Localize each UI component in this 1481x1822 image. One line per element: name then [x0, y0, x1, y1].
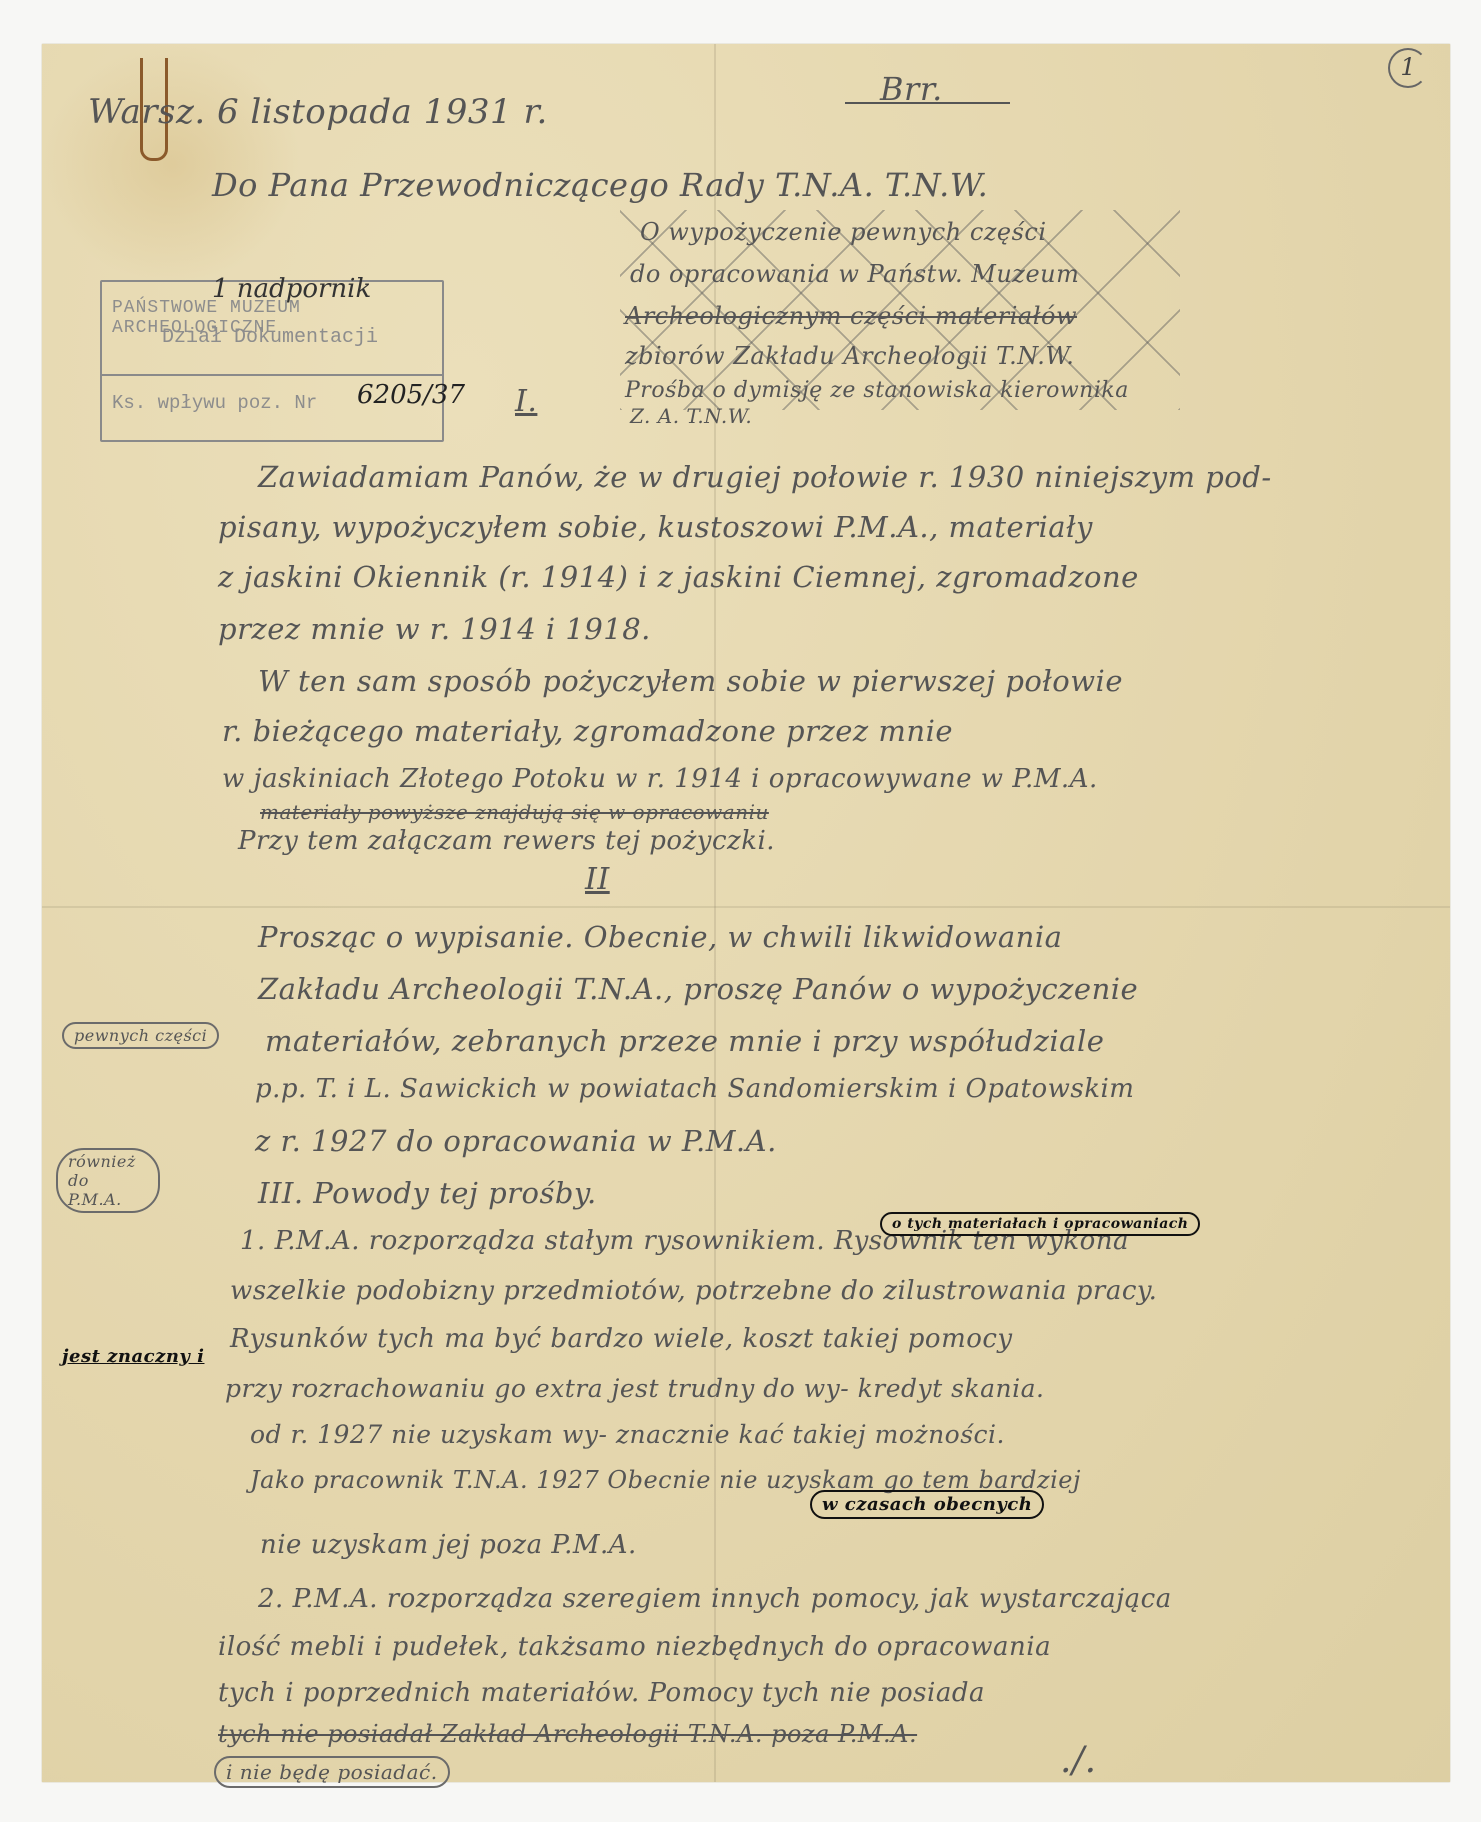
body-line: W ten sam sposób pożyczyłem sobie w pier… [258, 664, 1123, 698]
date-line: Warsz. 6 listopada 1931 r. [88, 92, 548, 132]
body-line: pisany, wypożyczyłem sobie, kustoszowi P… [218, 510, 1093, 544]
body-line: Przy tem załączam rewers tej pożyczki. [238, 826, 775, 856]
body-line: od r. 1927 nie uzyskam wy- znacznie kać … [250, 1420, 1005, 1449]
body-line: z r. 1927 do opracowania w P.M.A. [255, 1124, 777, 1158]
margin-note: jest znaczny i [62, 1346, 204, 1367]
body-line: tych i poprzednich materiałów. Pomocy ty… [218, 1678, 985, 1708]
body-line: Zawiadamiam Panów, że w drugiej połowie … [258, 460, 1272, 494]
subject-line: zbiorów Zakładu Archeologii T.N.W. [625, 342, 1074, 370]
body-line-crossed: tych nie posiadał Zakład Archeologii T.N… [218, 1720, 917, 1748]
stamp-register-number: 6205/37 [357, 380, 465, 410]
section-label: II [585, 862, 610, 897]
body-line: ilość mebli i pudełek, takżsamo niezbędn… [218, 1632, 1051, 1662]
subject-line: Z. A. T.N.W. [630, 404, 752, 428]
section-label: III. Powody tej prośby. [258, 1176, 597, 1210]
paper-stain [42, 44, 302, 284]
body-line: Rysunków tych ma być bardzo wiele, koszt… [230, 1324, 1013, 1354]
continuation-mark: ./. [1060, 1740, 1097, 1781]
margin-note: pewnych części [62, 1022, 219, 1049]
addressee-line: Do Pana Przewodniczącego Rady T.N.A. T.N… [212, 166, 988, 204]
page-number: 1 [1388, 48, 1428, 88]
body-line: 2. P.M.A. rozporządza szeregiem innych p… [258, 1584, 1172, 1614]
inserted-phrase: w czasach obecnych [810, 1490, 1044, 1519]
heading-underline [845, 102, 1010, 104]
margin-note: również do P.M.A. [56, 1148, 160, 1213]
body-line: przez mnie w r. 1914 i 1918. [218, 612, 651, 646]
body-line: w jaskiniach Złotego Potoku w r. 1914 i … [222, 764, 1098, 794]
archive-stamp: PAŃSTWOWE MUZEUM ARCHEOLOGICZNE 1 nadpor… [100, 280, 444, 442]
subject-line: Archeologicznym części materiałów [625, 302, 1077, 330]
body-line: Prosząc o wypisanie. Obecnie, w chwili l… [258, 920, 1062, 954]
body-line-crossed: materiały powyższe znajdują się w opraco… [260, 800, 769, 824]
section-label: I. [515, 384, 537, 419]
body-line: nie uzyskam jej poza P.M.A. [260, 1530, 637, 1560]
stamp-handwritten-overwrite: 1 nadpornik [212, 274, 371, 304]
body-line: wszelkie podobizny przedmiotów, potrzebn… [230, 1276, 1157, 1306]
body-line: Zakładu Archeologii T.N.A., proszę Panów… [258, 972, 1138, 1006]
subject-line: Prośba o dymisję ze stanowiska kierownik… [625, 378, 1129, 403]
body-line: przy rozrachowaniu go extra jest trudny … [225, 1374, 1044, 1403]
fold-line-horizontal [42, 906, 1450, 908]
body-line: z jaskini Okiennik (r. 1914) i z jaskini… [218, 560, 1139, 594]
stamp-department: Dział Dokumentacji [162, 326, 378, 349]
stamp-divider [102, 374, 442, 376]
margin-note: o tych materiałach i opracowaniach [880, 1212, 1200, 1236]
subject-line: do opracowania w Państw. Muzeum [630, 260, 1079, 288]
stamp-register-label: Ks. wpływu poz. Nr [112, 392, 317, 414]
body-line: r. bieżącego materiały, zgromadzone prze… [222, 714, 953, 748]
body-line: materiałów, zebranych przeze mnie i przy… [265, 1024, 1104, 1058]
subject-line: O wypożyczenie pewnych części [640, 218, 1047, 246]
body-line: p.p. T. i L. Sawickich w powiatach Sando… [255, 1074, 1134, 1104]
body-line: i nie będę posiadać. [214, 1756, 450, 1788]
